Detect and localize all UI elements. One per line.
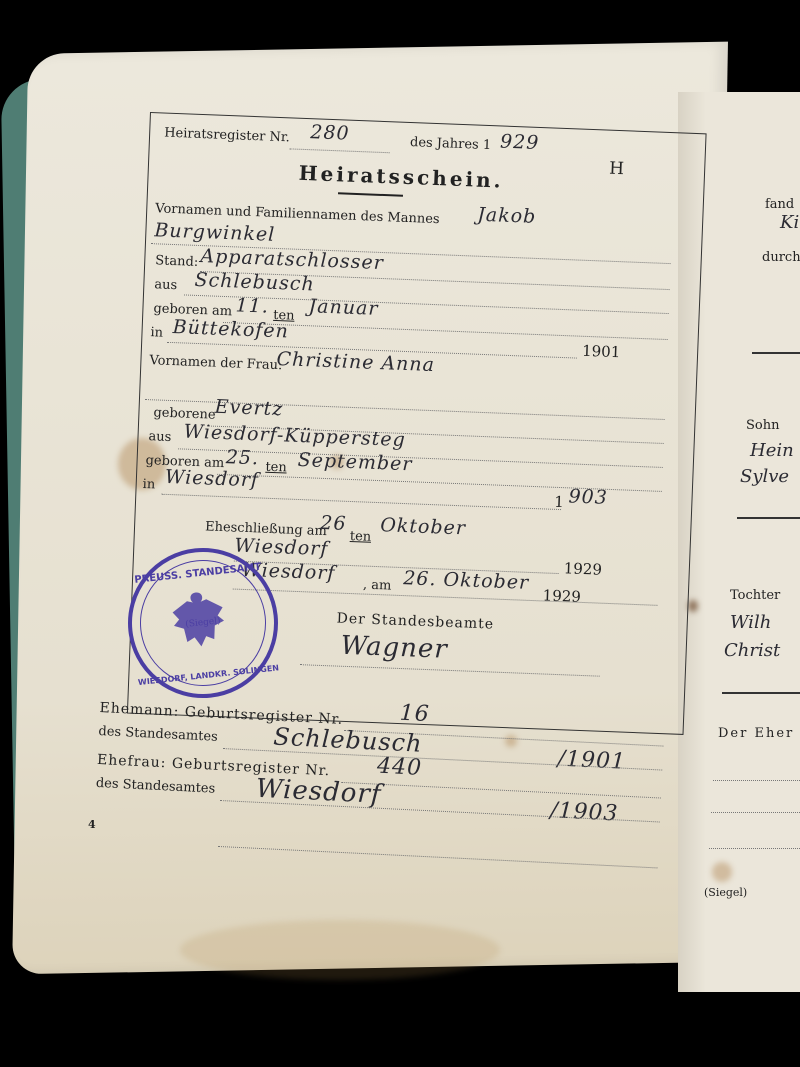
husband-born-year: 1901 [582,342,621,361]
wife-born-year: 903 [568,485,608,508]
right-durch-label: durch [762,250,800,265]
stand-label: Stand: [155,253,199,270]
husband-born-day: 11. [235,294,269,317]
wife-ten-label: ten [265,460,287,476]
register-label: Heiratsregister Nr. [164,126,290,146]
right-sohn-hand-2: Sylve [740,466,789,487]
husband-aus-value: Schlebusch [194,269,315,296]
right-tochter-hand-2: Christ [724,640,780,661]
right-fand-label: fand [765,197,794,212]
husband-born-month: Januar [308,295,379,320]
wife-born-day: 25. [225,446,259,469]
marriage-month: Oktober [380,514,466,539]
stain [712,862,732,882]
birth-register-section: Ehemann: Geburtsregister Nr. 16 des Stan… [90,700,679,928]
husband-last-name: Burgwinkel [154,219,276,246]
right-divider [722,692,800,694]
wife-name-label: Vornamen der Frau: [149,353,282,373]
year-label: des Jahres 1 [410,135,492,153]
wife-register-number: 440 [376,754,422,781]
stain [688,600,698,612]
wife-in-label: in [142,477,155,492]
husband-office-label: des Standesamtes [98,724,218,745]
right-divider [737,517,800,519]
page-number: 4 [88,818,96,831]
wife-aus-value: Wiesdorf-Küppersteg [183,421,406,452]
husband-register-number: 16 [399,701,430,727]
husband-register-year: /1901 [557,746,627,774]
register-number: 280 [310,121,350,144]
document-title: Heiratsschein. [298,161,504,193]
title-underline [338,192,403,196]
corner-letter: H [609,159,625,180]
wife-born-place: Wiesdorf [165,466,260,492]
marriage-year: 1929 [563,559,602,578]
husband-in-label: in [150,325,163,340]
right-divider [752,352,800,354]
right-fand-hand: Ki [780,212,799,233]
husband-first-name: Jakob [477,204,537,228]
wife-born-month: September [297,449,413,475]
issue-year: 1929 [542,586,581,605]
wife-register-year: /1903 [550,798,620,826]
wife-aus-label: aus [148,429,171,445]
stain [180,920,500,980]
official-signature: Wagner [340,631,448,665]
wife-office-label: des Standesamtes [96,776,216,797]
year-value: 929 [500,130,540,153]
marriage-ten-label: ten [350,529,372,545]
right-tochter-hand-1: Wilh [730,612,771,633]
official-label: Der Standesbeamte [336,611,494,633]
husband-aus-label: aus [154,277,177,293]
husband-born-place: Büttekofen [172,316,289,342]
maiden-name: Evertz [214,396,283,421]
wife-first-names: Christine Anna [276,348,435,376]
marriage-place: Wiesdorf [234,535,329,561]
issue-date: 26. Oktober [403,567,530,594]
marriage-day: 26 [320,512,347,535]
right-sohn-hand-1: Hein [750,440,794,461]
right-ehe-label: Der Eher [718,726,794,741]
issue-am-label: , am [363,578,392,594]
right-siegel-label: (Siegel) [704,886,747,899]
right-tochter-label: Tochter [730,588,780,603]
right-sohn-label: Sohn [746,418,779,433]
